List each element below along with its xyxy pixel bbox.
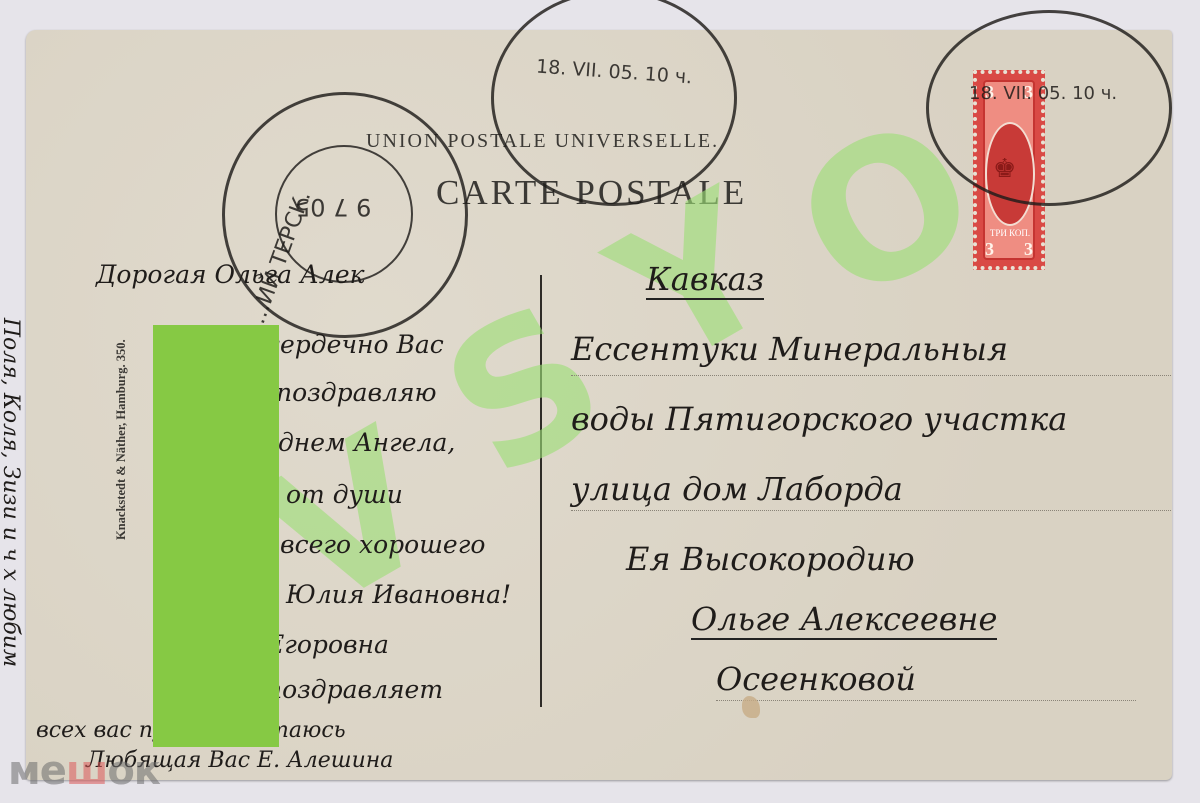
message-line: Егоровна bbox=[266, 630, 389, 659]
postmark-top-center: 18. VII. 05. 10 ч. bbox=[491, 0, 737, 206]
side-note: Поля, Коля, Зизи и ч х любим bbox=[0, 318, 23, 667]
address-line: воды Пятигорского участка bbox=[571, 400, 1067, 438]
message-line: и всего хорошего bbox=[256, 530, 485, 559]
address-line: Ея Высокородию bbox=[626, 540, 915, 578]
site-watermark-right: ок bbox=[107, 748, 160, 794]
stamp-denomination-br: 3 bbox=[1024, 239, 1033, 260]
message-line: от души bbox=[286, 480, 403, 509]
stamp-denomination-bl: 3 bbox=[985, 239, 994, 260]
postmark-stamp-cancel: 18. VII. 05. 10 ч. bbox=[926, 10, 1172, 206]
address-region: Кавказ bbox=[646, 260, 764, 300]
message-line: Юлия Ивановна! bbox=[286, 580, 511, 609]
redaction-block bbox=[153, 325, 279, 747]
address-dotted-line bbox=[571, 510, 1171, 511]
site-watermark-left: ме bbox=[8, 748, 66, 794]
address-dotted-line bbox=[571, 375, 1171, 376]
postmark-date: 18. VII. 05. 10 ч. bbox=[969, 83, 1117, 104]
postcard: UNION POSTALE UNIVERSELLE. CARTE POSTALE… bbox=[26, 30, 1172, 780]
message-line: поздравляю bbox=[276, 378, 437, 407]
message-line: с днем Ангела, bbox=[256, 428, 455, 457]
address-dotted-line bbox=[716, 700, 1136, 701]
site-watermark: мешок bbox=[8, 748, 160, 794]
message-line: поздравляет bbox=[266, 675, 443, 704]
address-line: улица дом Лаборда bbox=[571, 470, 903, 508]
stamp-label: ТРИ КОП. bbox=[985, 228, 1035, 238]
address-recipient-name: Ольге Алексеевне bbox=[691, 600, 997, 640]
publisher-imprint: Knackstedt & Näther, Hamburg. 350. bbox=[114, 339, 129, 540]
shopping-bag-icon: ш bbox=[66, 748, 107, 794]
address-line: Ессентуки Минеральныя bbox=[571, 330, 1008, 368]
address-recipient-surname: Осеенковой bbox=[716, 660, 916, 698]
postmark-left: 9 7 05 ...ИЙ ТЕРСК. bbox=[222, 92, 468, 338]
postmark-date: 18. VII. 05. 10 ч. bbox=[535, 56, 692, 89]
